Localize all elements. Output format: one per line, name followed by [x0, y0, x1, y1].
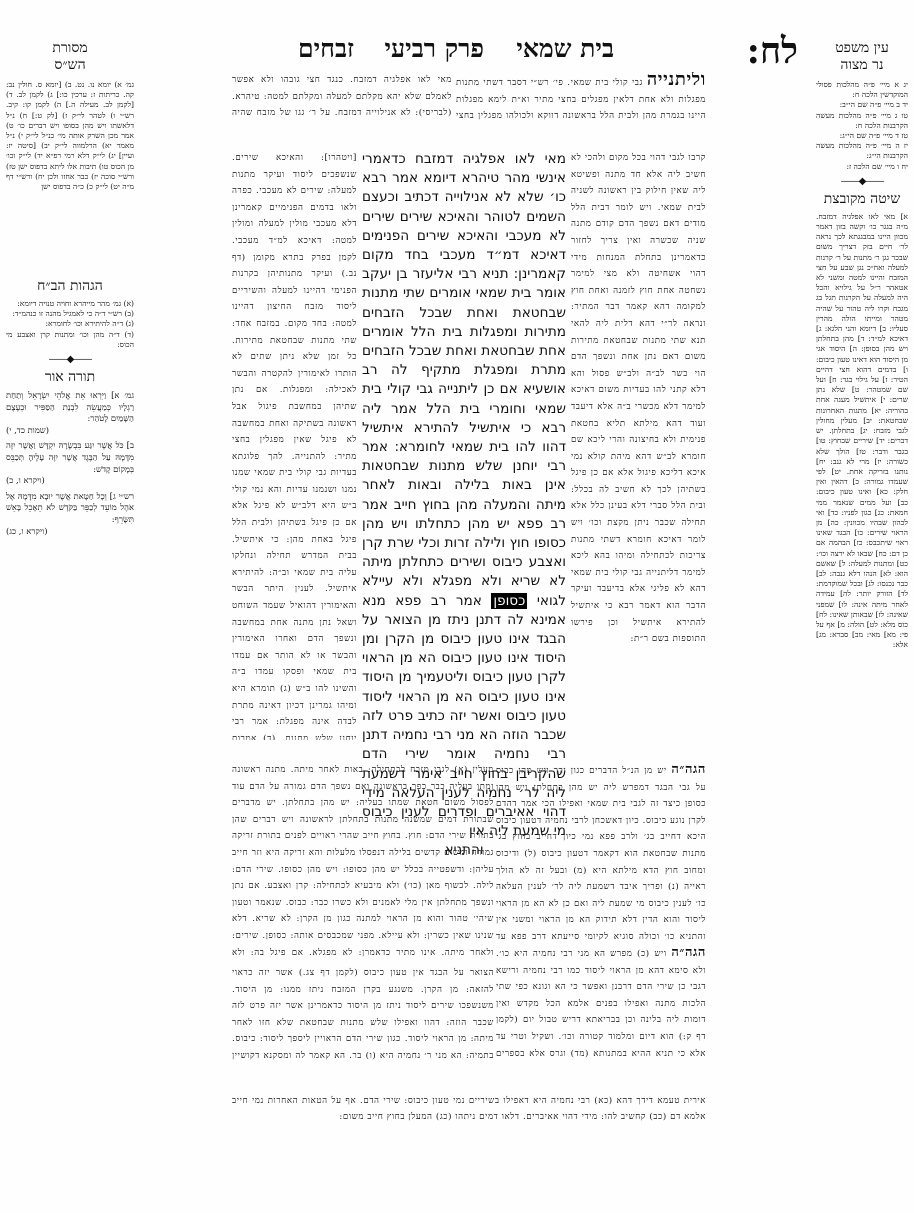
ein-mishpat-column: עין משפט נר מצוה יג א מיי׳ פ״ה מהלכות פס… — [816, 40, 908, 1072]
page-foot-lines: אירית טעמא דידך דהא (כא) רבי נחמיה היא ד… — [232, 1094, 706, 1128]
torah-or-verse: גמ׳ א] וַיִּרְאוּ אֵת אֱלֹהֵי יִשְׂרָאֵל… — [6, 390, 134, 425]
torah-or-ref: (ויקרא ו, כג) — [6, 526, 134, 538]
torah-or-verse: ב] כֹּל אֲשֶׁר יִגַּע בִּבְשָׂרָהּ יִקְד… — [6, 440, 134, 475]
tosafot-side-column: קרבו לגבי דהוי בכל מקום ולהכי לא חשיב לי… — [571, 150, 706, 750]
ein-mishpat-entries: יג א מיי׳ פ״ה מהלכות פסולי המוקדשין הלכה… — [816, 80, 908, 172]
rashi-lower-wrap: מעלין (א) לגבי מזבח לכתחילה: באות לאחר מ… — [232, 762, 494, 962]
hagahot-habach-list: (א) גמ׳ מהר מייהרא וחויה טנויה דיומא: (ב… — [6, 299, 134, 350]
highlighted-word[interactable]: כסופן — [491, 593, 527, 609]
header-right-label: בית שמאי — [516, 34, 614, 64]
hagahot-item: (ב) רש״י ד״ה כי לאמגיל מהנה זו כנהמ״ד: — [6, 309, 134, 319]
divider-ornament: ——◆—— — [816, 176, 908, 187]
torah-or-ref: (שמות כד, י) — [6, 425, 134, 437]
ein-mishpat-title: עין משפט נר מצוה — [816, 40, 908, 74]
divider-ornament: ——◆—— — [6, 354, 134, 365]
hagah-2-lead: הגה״ה — [671, 945, 706, 960]
tractate-title: זבחים — [298, 34, 354, 64]
tosafot-top: וליתנייה גבי קולי בית שמאי. פי׳ רש״י דסב… — [456, 72, 706, 120]
ein-mishpat-title-line2: נר מצוה — [816, 57, 908, 74]
ein-mishpat-entry: יג א מיי׳ פ״ה מהלכות פסולי המוקדשין הלכה… — [816, 80, 908, 100]
hagah-1-text: יש מן הנ״ל הדברים כגון ירך ויש מהן כבוס … — [496, 766, 706, 940]
hagahot-item: (א) גמ׳ מהר מייהרא וחויה טנויה דיומא: — [6, 299, 134, 309]
masoret-hashas-column: מסורת הש״ס גמ׳ א) יומא נו. נט. ב) [יומא … — [6, 40, 134, 541]
hagahot-item: (ג) ד״ה להיתירא וכו׳ לחומרא: — [6, 319, 134, 329]
gemara-text: מאי לאו אפלגיה דמזבח כדאמרי אינשי מהר טי… — [362, 150, 566, 841]
rashi-opening: מאי לאו אפלגיה דמזבח. כנגד חצי גובהו ולא… — [232, 72, 452, 120]
shita-mekubetzet-title: שיטה מקובצת — [816, 191, 908, 208]
torah-or-verse: רש״י ג] וְכָל חַטָּאת אֲשֶׁר יוּבָא מִדָ… — [6, 491, 134, 526]
masoret-title-line1: מסורת — [6, 40, 134, 57]
rashi-side-column: [ויטהרו]: והאיכא שירים. שנשפכים ליסוד וע… — [232, 150, 357, 740]
torah-or-list: גמ׳ א] וַיִּרְאוּ אֵת אֱלֹהֵי יִשְׂרָאֵל… — [6, 390, 134, 537]
masoret-title-line2: הש״ס — [6, 57, 134, 74]
ein-mishpat-entry: יח ו מיי׳ שם הלכה ז: — [816, 162, 908, 172]
ein-mishpat-entry: יז ה מיי׳ פ״ה מהלכות מעשה הקרבנות הי״ג: — [816, 141, 908, 161]
hagah-2: הגה״ה ויש (כ) מפרש הא מני רבי נחמיה היא … — [496, 945, 706, 1065]
masoret-hashas-text: גמ׳ א) יומא נו. נט. ב) [יומא ס. חולין נב… — [6, 80, 134, 270]
ein-mishpat-entry: טז ד מיי׳ פ״ה שם הי״ג: — [816, 131, 908, 141]
hagahot-item: (ד) ד״ה מהן וכו׳ ומתנות קרן ואצבע מי הכו… — [6, 330, 134, 350]
rashi-bottom-block: הצואר על הבגד אין טעון כיבוס (לקמן דף צג… — [232, 965, 494, 1065]
gemara-passage: מאי לאו אפלגיה דמזבח כדאמרי אינשי מהר טי… — [362, 151, 566, 609]
torah-or-item: ב] כֹּל אֲשֶׁר יִגַּע בִּבְשָׂרָהּ יִקְד… — [6, 440, 134, 486]
hagah-1: הגה״ה יש מן הנ״ל הדברים כגון ירך ויש מהן… — [496, 762, 706, 940]
ein-mishpat-entry: יד ב מיי׳ פ״ה שם הי״ב: — [816, 100, 908, 110]
tosafot-lead-word: וליתנייה — [647, 72, 706, 90]
shita-mekubetzet-text: א] מאי לאו אפלגיה דמזבח. מ״ה בגגר כו׳ וק… — [816, 212, 908, 1072]
torah-or-ref: (ויקרא ו, כ) — [6, 475, 134, 487]
hagahot-habach-title: הגהות הב״ח — [6, 278, 134, 295]
gemara-text-block: מאי לאו אפלגיה דמזבח כדאמרי אינשי מהר טי… — [362, 150, 566, 861]
ein-mishpat-title-line1: עין משפט — [816, 40, 908, 57]
hagah-2-text: ויש (כ) מפרש הא מני רבי נחמיה היא כו׳. ו… — [496, 949, 706, 1065]
tosafot-opening: וליתנייה גבי קולי בית שמאי. פי׳ רש״י דסב… — [456, 72, 706, 120]
hagah-1-lead: הגה״ה — [671, 762, 706, 777]
torah-or-title: תורה אור — [6, 369, 134, 386]
chapter-title: פרק רביעי — [384, 34, 484, 64]
page-number: לח: — [747, 30, 798, 72]
ein-mishpat-entry: טו ג מיי׳ פ״ה מהלכות מעשה הקרבנות הלכה ח… — [816, 111, 908, 131]
torah-or-item: רש״י ג] וְכָל חַטָּאת אֲשֶׁר יוּבָא מִדָ… — [6, 491, 134, 537]
torah-or-item: גמ׳ א] וַיִּרְאוּ אֵת אֱלֹהֵי יִשְׂרָאֵל… — [6, 390, 134, 436]
masoret-hashas-title: מסורת הש״ס — [6, 40, 134, 74]
